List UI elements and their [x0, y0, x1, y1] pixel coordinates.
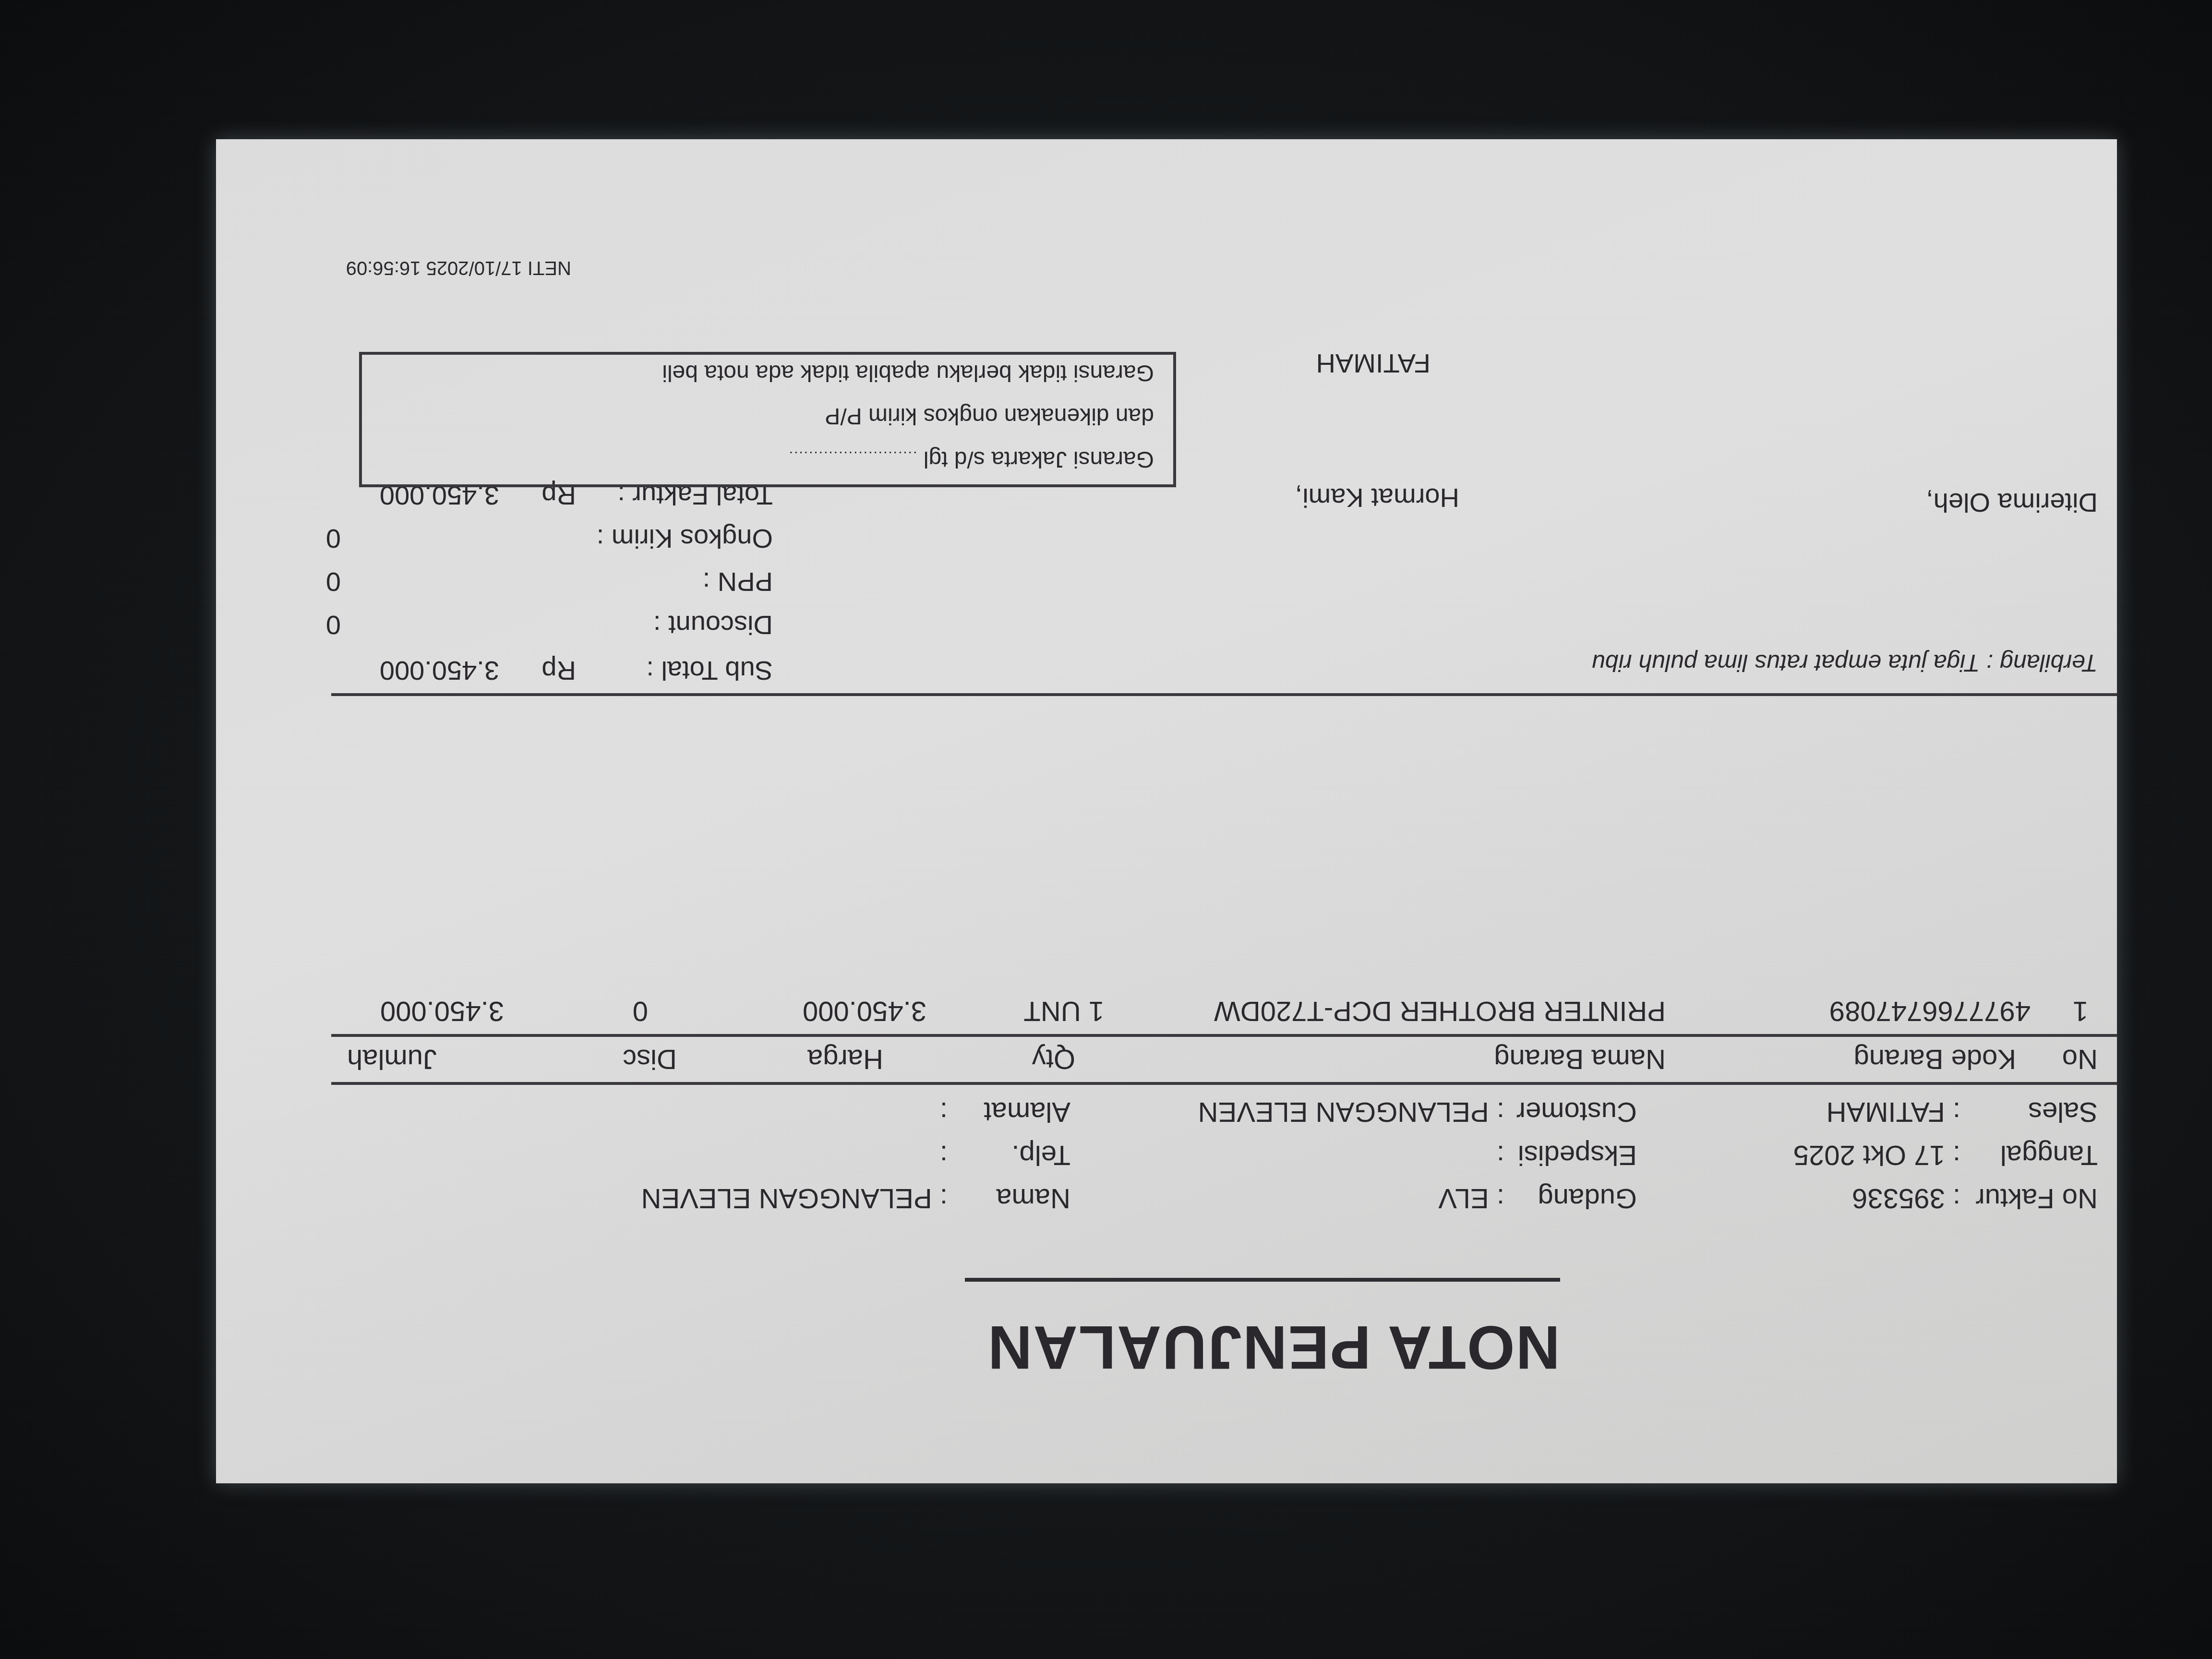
ekspedisi-field: Ekspedisi : [1497, 1139, 1637, 1171]
nama-value: : PELANGGAN ELEVEN [641, 1183, 948, 1214]
warranty-date-blank: .......................... [788, 448, 917, 464]
signer-name: FATIMAH [1316, 348, 1431, 379]
telp-label: Telp. [955, 1139, 1070, 1171]
ppn-value: 0 [326, 566, 341, 598]
sales-label: Sales [1968, 1096, 2098, 1128]
warranty-line-1: Garansi Jakarta s/d tgl ................… [788, 446, 1154, 472]
alamat-label: Alamat [955, 1096, 1070, 1128]
alamat-value: : [940, 1096, 948, 1128]
terbilang-text: Terbilang : Tiga juta empat ratus lima p… [1592, 649, 2098, 677]
discount-label: Discount : [653, 610, 773, 641]
warranty-line-1-text: Garansi Jakarta s/d tgl [924, 446, 1154, 472]
ekspedisi-value: : [1497, 1140, 1504, 1171]
cell-jumlah: 3.450.000 [380, 995, 504, 1027]
no-faktur-label: No Faktur [1968, 1182, 2098, 1214]
tanggal-value: : 17 Okt 2025 [1793, 1140, 1960, 1171]
gudang-value: : ELV [1438, 1183, 1504, 1214]
col-jumlah: Jumlah [347, 1043, 437, 1075]
customer-field: Customer : PELANGGAN ELEVEN [1198, 1096, 1637, 1128]
cell-kode-barang: 4977766747089 [1829, 995, 2031, 1027]
hormat-kami: Hormat Kami, [1295, 482, 1459, 514]
cell-nama-barang: PRINTER BROTHER DCP-T720DW [1214, 995, 1666, 1027]
print-stamp: NETI 17/10/2025 16:56:09 [346, 257, 571, 278]
table-bottom-rule [331, 693, 2117, 696]
ekspedisi-label: Ekspedisi [1512, 1139, 1637, 1171]
title-underline [965, 1278, 1560, 1282]
telp-value: : [940, 1140, 948, 1171]
table-header-rule [331, 1034, 2117, 1037]
cell-disc: 0 [633, 995, 648, 1027]
col-qty: Qty [1032, 1043, 1075, 1075]
gudang-field: Gudang : ELV [1438, 1182, 1637, 1214]
ongkos-kirim-label: Ongkos Kirim : [597, 523, 773, 554]
diterima-oleh: Diterima Oleh, [1926, 487, 2098, 518]
col-kode-barang: Kode Barang [1853, 1043, 2016, 1075]
tanggal-field: Tanggal : 17 Okt 2025 [1793, 1139, 2098, 1171]
no-faktur-value: : 395336 [1852, 1183, 1960, 1214]
warranty-line-3: Garansi tidak berlaku apabila tidak ada … [662, 360, 1154, 386]
telp-field: Telp. : [940, 1139, 1070, 1171]
col-harga: Harga [807, 1043, 883, 1075]
warranty-line-2: dan dikenakan ongkos kirim P/P [825, 403, 1154, 429]
nama-field: Nama : PELANGGAN ELEVEN [641, 1182, 1070, 1214]
invoice-page: NOTA PENJUALAN No Faktur : 395336 Tangga… [216, 139, 2117, 1483]
col-nama-barang: Nama Barang [1494, 1043, 1666, 1075]
table-top-rule [331, 1082, 2117, 1085]
customer-value: : PELANGGAN ELEVEN [1198, 1096, 1504, 1128]
tanggal-label: Tanggal [1968, 1139, 2098, 1171]
discount-value: 0 [326, 610, 341, 641]
ppn-label: PPN : [703, 566, 773, 598]
sales-value: : FATIMAH [1827, 1096, 1960, 1128]
cell-qty: 1 UNT [1023, 995, 1104, 1027]
col-no: No [2062, 1043, 2098, 1075]
monitor-screen: NOTA PENJUALAN No Faktur : 395336 Tangga… [216, 139, 2117, 1483]
nama-label: Nama [955, 1182, 1070, 1214]
cell-no: 1 [2073, 995, 2088, 1027]
warranty-note-box: Garansi Jakarta s/d tgl ................… [359, 352, 1176, 487]
sub-total-currency: Rp [541, 655, 576, 686]
col-disc: Disc [623, 1043, 677, 1075]
customer-label: Customer [1512, 1096, 1637, 1128]
no-faktur-field: No Faktur : 395336 [1852, 1182, 2098, 1214]
sub-total-label: Sub Total : [646, 655, 773, 686]
alamat-field: Alamat : [940, 1096, 1070, 1128]
ongkos-kirim-value: 0 [326, 523, 341, 554]
sub-total-value: 3.450.000 [380, 655, 499, 686]
invoice-title: NOTA PENJUALAN [987, 1312, 1560, 1382]
sales-field: Sales : FATIMAH [1827, 1096, 2098, 1128]
gudang-label: Gudang [1512, 1182, 1637, 1214]
cell-harga: 3.450.000 [803, 995, 926, 1027]
